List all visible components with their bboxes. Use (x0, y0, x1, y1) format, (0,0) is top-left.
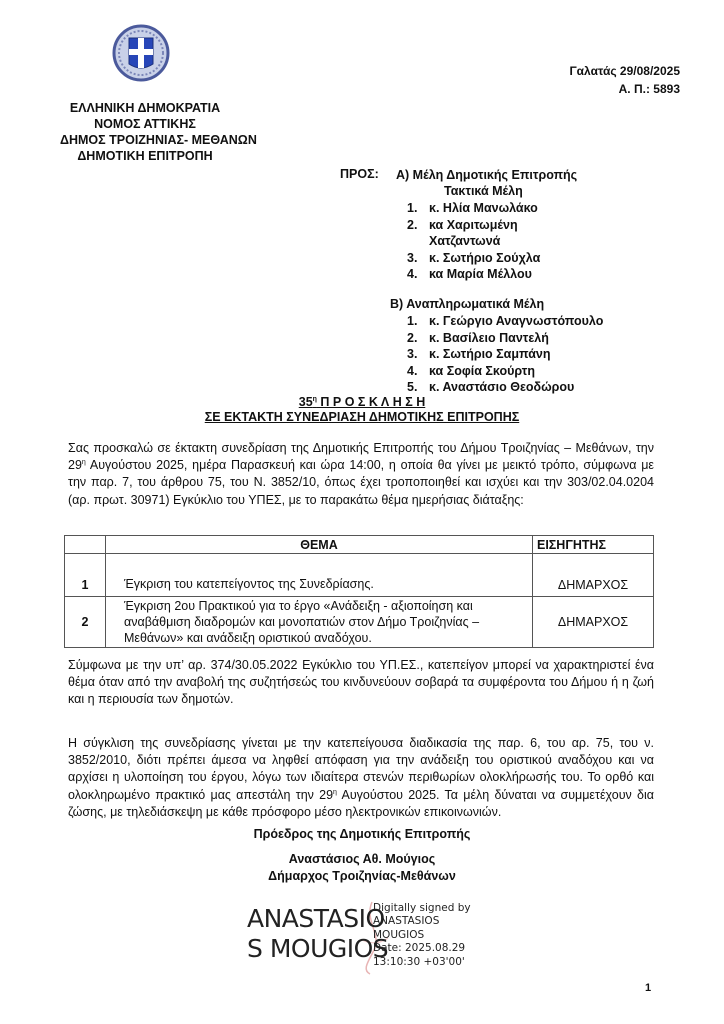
invitation-title: 35η Π Ρ Ο Σ Κ Λ Η Σ Η (0, 395, 724, 410)
list-item: 4.κα Μαρία Μέλλου (407, 266, 540, 283)
substitute-members-list: 1.κ. Γεώργιο Αναγνωστόπουλο 2.κ. Βασίλει… (407, 313, 603, 396)
signatory-role: Πρόεδρος της Δημοτικής Επιτροπής (0, 826, 724, 843)
invitation-subtitle: ΣΕ ΕΚΤΑΚΤΗ ΣΥΝΕΔΡΙΑΣΗ ΔΗΜΟΤΙΚΗΣ ΕΠΙΤΡΟΠΗ… (0, 410, 724, 425)
list-item: 1.κ. Ηλία Μανωλάκο (407, 200, 540, 217)
item-number: 2 (65, 597, 106, 648)
date-block: Γαλατάς 29/08/2025 Α. Π.: 5893 (569, 62, 680, 98)
column-header-subject: ΘΕΜΑ (106, 536, 533, 554)
digital-signature-info[interactable]: Digitally signed by ANASTASIOS MOUGIOS D… (373, 902, 471, 969)
table-row: 2 Έγκριση 2ου Πρακτικού για το έργο «Ανά… (65, 597, 654, 648)
group-b-title: Β) Αναπληρωματικά Μέλη (390, 296, 544, 313)
to-label: ΠΡΟΣ: (340, 167, 379, 181)
org-line: ΝΟΜΟΣ ΑΤΤΙΚΗΣ (60, 116, 230, 132)
intro-paragraph: Σας προσκαλώ σε έκτακτη συνεδρίαση της Δ… (68, 440, 654, 509)
item-subject: Έγκριση του κατεπείγοντος της Συνεδρίαση… (106, 554, 533, 597)
item-number: 1 (65, 554, 106, 597)
list-item: 3.κ. Σωτήριο Σαμπάνη (407, 346, 603, 363)
item-rapporteur: ΔΗΜΑΡΧΟΣ (533, 597, 654, 648)
protocol-number: Α. Π.: 5893 (569, 80, 680, 98)
item-subject: Έγκριση 2ου Πρακτικού για το έργο «Ανάδε… (106, 597, 533, 648)
list-item: 3.κ. Σωτήριο Σούχλα (407, 250, 540, 267)
list-item: 5.κ. Αναστάσιο Θεοδώρου (407, 379, 603, 396)
org-line: ΕΛΛΗΝΙΚΗ ΔΗΜΟΚΡΑΤΙΑ (60, 100, 230, 116)
regular-members-list: 1.κ. Ηλία Μανωλάκο 2.κα Χαριτωμένη Χατζα… (407, 200, 540, 283)
page-number: 1 (645, 982, 651, 994)
org-line: ΔΗΜΟΣ ΤΡΟΙΖΗΝΙΑΣ- ΜΕΘΑΝΩΝ (60, 132, 230, 148)
list-item: 2.κ. Βασίλειο Παντελή (407, 330, 603, 347)
issuer-header: ΕΛΛΗΝΙΚΗ ΔΗΜΟΚΡΑΤΙΑ ΝΟΜΟΣ ΑΤΤΙΚΗΣ ΔΗΜΟΣ … (60, 100, 230, 164)
place-date: Γαλατάς 29/08/2025 (569, 62, 680, 80)
list-item: Χατζαντωνά (407, 233, 540, 250)
urgency-paragraph: Σύμφωνα με την υπ’ αρ. 374/30.05.2022 Εγ… (68, 657, 654, 709)
list-item: 4.κα Σοφία Σκούρτη (407, 363, 603, 380)
list-item: 1.κ. Γεώργιο Αναγνωστόπουλο (407, 313, 603, 330)
signatory-title: Δήμαρχος Τροιζηνίας-Μεθάνων (0, 868, 724, 885)
list-item: 2.κα Χαριτωμένη (407, 217, 540, 234)
agenda-table: ΘΕΜΑ ΕΙΣΗΓΗΤΗΣ 1 Έγκριση του κατεπείγοντ… (64, 535, 654, 648)
column-header-rapporteur: ΕΙΣΗΓΗΤΗΣ (533, 536, 654, 554)
digital-signature-name[interactable]: ANASTASIO S MOUGIOS (247, 904, 388, 964)
signatory-name: Αναστάσιος Αθ. Μούγιος (0, 851, 724, 868)
column-header-number (65, 536, 106, 554)
procedure-paragraph: Η σύγκλιση της συνεδρίασης γίνεται με τη… (68, 735, 654, 821)
group-a-title: Α) Μέλη Δημοτικής Επιτροπής (396, 167, 577, 184)
item-rapporteur: ΔΗΜΑΡΧΟΣ (533, 554, 654, 597)
table-row: 1 Έγκριση του κατεπείγοντος της Συνεδρία… (65, 554, 654, 597)
org-line: ΔΗΜΟΤΙΚΗ ΕΠΙΤΡΟΠΗ (60, 148, 230, 164)
group-a-subtitle: Τακτικά Μέλη (444, 183, 523, 200)
greek-emblem-icon (112, 24, 170, 82)
table-header-row: ΘΕΜΑ ΕΙΣΗΓΗΤΗΣ (65, 536, 654, 554)
